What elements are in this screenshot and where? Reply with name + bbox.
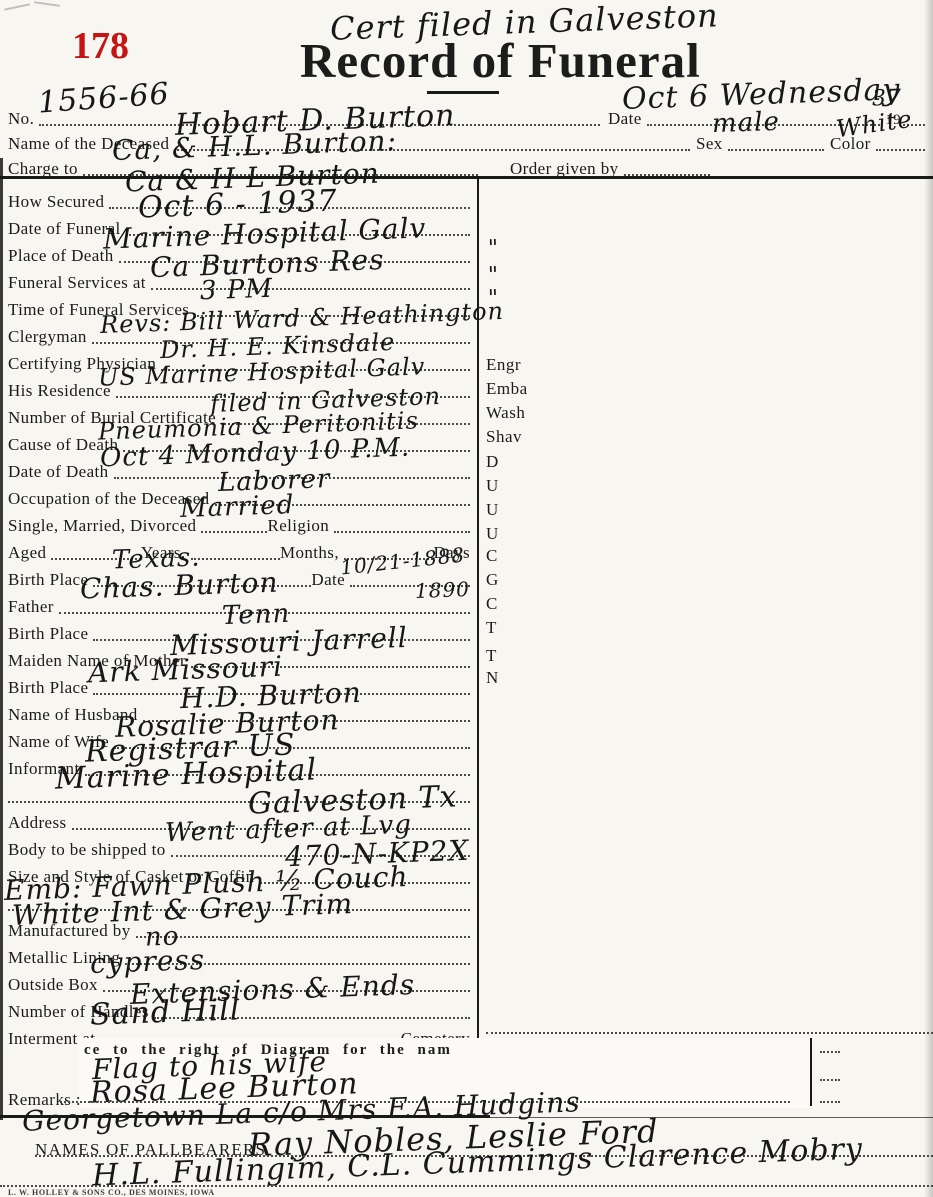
dotted-line — [820, 1050, 840, 1053]
ditto-mark: " — [488, 265, 500, 287]
cutoff-column-word: N — [486, 668, 499, 688]
field-label: Funeral Services at — [8, 273, 151, 293]
section-rule-heavy — [0, 1115, 490, 1118]
handwritten-time-of-funeral: 3 PM — [200, 276, 274, 305]
dotted-line — [201, 530, 267, 533]
cutoff-column-word: T — [486, 618, 497, 638]
field-label: Address — [8, 813, 72, 833]
field-label: Body to be shipped to — [8, 840, 171, 860]
cutoff-column-word: G — [486, 570, 499, 590]
field-label: Birth Place — [8, 678, 93, 698]
scan-left-edge — [0, 158, 3, 1120]
dotted-line — [728, 148, 824, 151]
dotted-line — [191, 557, 280, 560]
handwritten-record-number: 1556-66 — [37, 79, 170, 118]
handwritten-father: Chas. Burton — [80, 569, 279, 604]
dotted-line — [334, 530, 470, 533]
field-label: Place of Death — [8, 246, 119, 266]
bleed-through-mark — [34, 1, 60, 7]
handwritten-outside-box: cypress — [90, 946, 206, 978]
cutoff-column-word: D — [486, 452, 499, 472]
handwritten-sex: male — [712, 109, 781, 137]
remarks-vertical-rule — [810, 1038, 812, 1106]
funeral-record-page: 178 Cert filed in Galveston Record of Fu… — [0, 0, 933, 1197]
cutoff-column-word: Engr — [486, 355, 521, 375]
dotted-line — [820, 1100, 840, 1103]
field-label: Aged — [8, 543, 51, 563]
field-label: Birth Place — [8, 624, 93, 644]
cutoff-column-word: U — [486, 500, 499, 520]
cutoff-column-word: C — [486, 546, 498, 566]
printer-imprint: L. W. HOLLEY & SONS CO., DES MOINES, IOW… — [8, 1188, 215, 1197]
page-number-stamp: 178 — [72, 24, 129, 68]
cutoff-column-word: Shav — [486, 427, 522, 447]
dotted-line — [486, 1031, 933, 1034]
field-label: Father — [8, 597, 59, 617]
handwritten-father-year: 1890 — [415, 579, 471, 601]
ditto-mark: " — [488, 288, 500, 310]
field-label: How Secured — [8, 192, 109, 212]
dotted-line — [0, 1184, 933, 1187]
dotted-line — [136, 935, 470, 938]
field-label: No. — [8, 109, 39, 129]
scan-edge-shadow — [924, 0, 933, 1197]
cutoff-column-word: C — [486, 594, 498, 614]
cutoff-column-word: Emba — [486, 379, 528, 399]
cutoff-column-word: Wash — [486, 403, 525, 423]
field-label: Clergyman — [8, 327, 92, 347]
field-label-months: Months, — [280, 543, 344, 563]
field-label: Outside Box — [8, 975, 103, 995]
bleed-through-mark — [4, 3, 30, 10]
cutoff-column-word: U — [486, 476, 499, 496]
field-label: Single, Married, Divorced — [8, 516, 201, 536]
cutoff-column-word: T — [486, 646, 497, 666]
field-row-metallic-lining: Metallic Lining — [8, 946, 470, 968]
ditto-mark: " — [488, 238, 500, 260]
title-underline — [427, 91, 499, 94]
field-label: Date of Death — [8, 462, 114, 482]
cutoff-column-word: U — [486, 524, 499, 544]
handwritten-marital-status: Married — [180, 492, 295, 522]
dotted-line — [151, 287, 470, 290]
handwritten-interment: Sand Hill — [90, 995, 241, 1030]
dotted-line — [876, 148, 925, 151]
dotted-line — [820, 1078, 840, 1081]
